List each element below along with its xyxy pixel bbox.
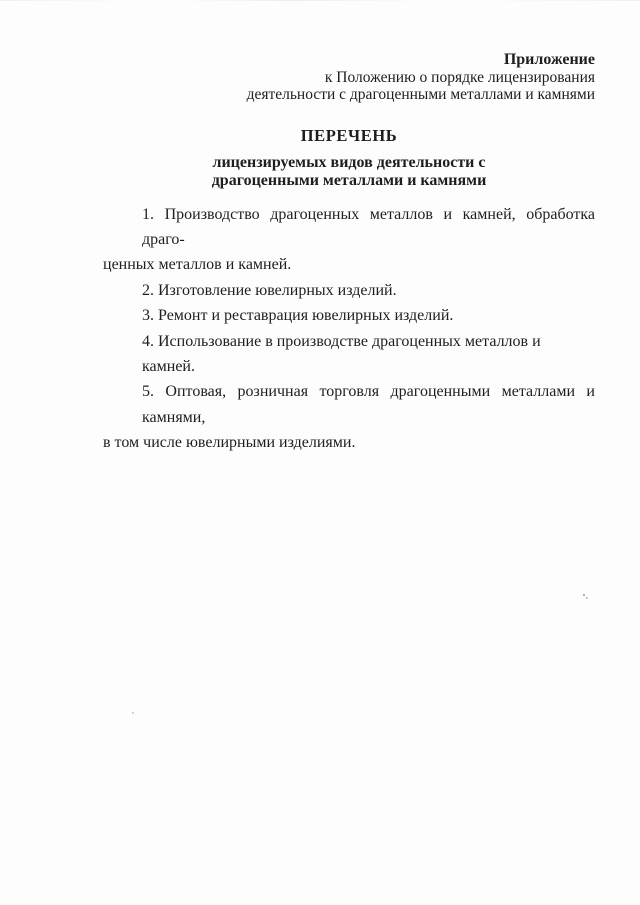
list-item-1-line-2: ценных металлов и камней.: [103, 252, 595, 277]
list-item-5-line-1: 5. Оптовая, розничная торговля драгоценн…: [103, 379, 595, 430]
document-subtitle-line-2: драгоценными металлами и камнями: [103, 172, 595, 191]
scan-edge-artifact: [0, 0, 640, 1]
scan-speck-artifact: [583, 594, 585, 596]
scan-speck-artifact: [132, 712, 134, 714]
list-item-5-line-2: в том числе ювелирными изделиями.: [103, 430, 595, 455]
annex-reference-line-2: деятельности с драгоценными металлами и …: [103, 86, 595, 104]
document-subtitle-line-1: лицензируемых видов деятельности с: [103, 154, 595, 173]
list-item-4: 4. Использование в производстве драгоцен…: [103, 329, 595, 380]
list-item-3: 3. Ремонт и реставрация ювелирных издели…: [103, 303, 595, 328]
list-item-1-line-1: 1. Производство драгоценных металлов и к…: [103, 202, 595, 253]
document-subtitle: лицензируемых видов деятельности с драго…: [103, 154, 595, 191]
document-title: ПЕРЕЧЕНЬ: [103, 126, 595, 146]
document-page: Приложение к Положению о порядке лицензи…: [0, 0, 640, 905]
list-item-2: 2. Изготовление ювелирных изделий.: [103, 278, 595, 303]
annex-reference-line-1: к Положению о порядке лицензирования: [103, 69, 595, 87]
annex-label: Приложение: [103, 51, 595, 69]
annex-header: Приложение к Положению о порядке лицензи…: [103, 51, 595, 104]
activity-list: 1. Производство драгоценных металлов и к…: [103, 202, 595, 456]
